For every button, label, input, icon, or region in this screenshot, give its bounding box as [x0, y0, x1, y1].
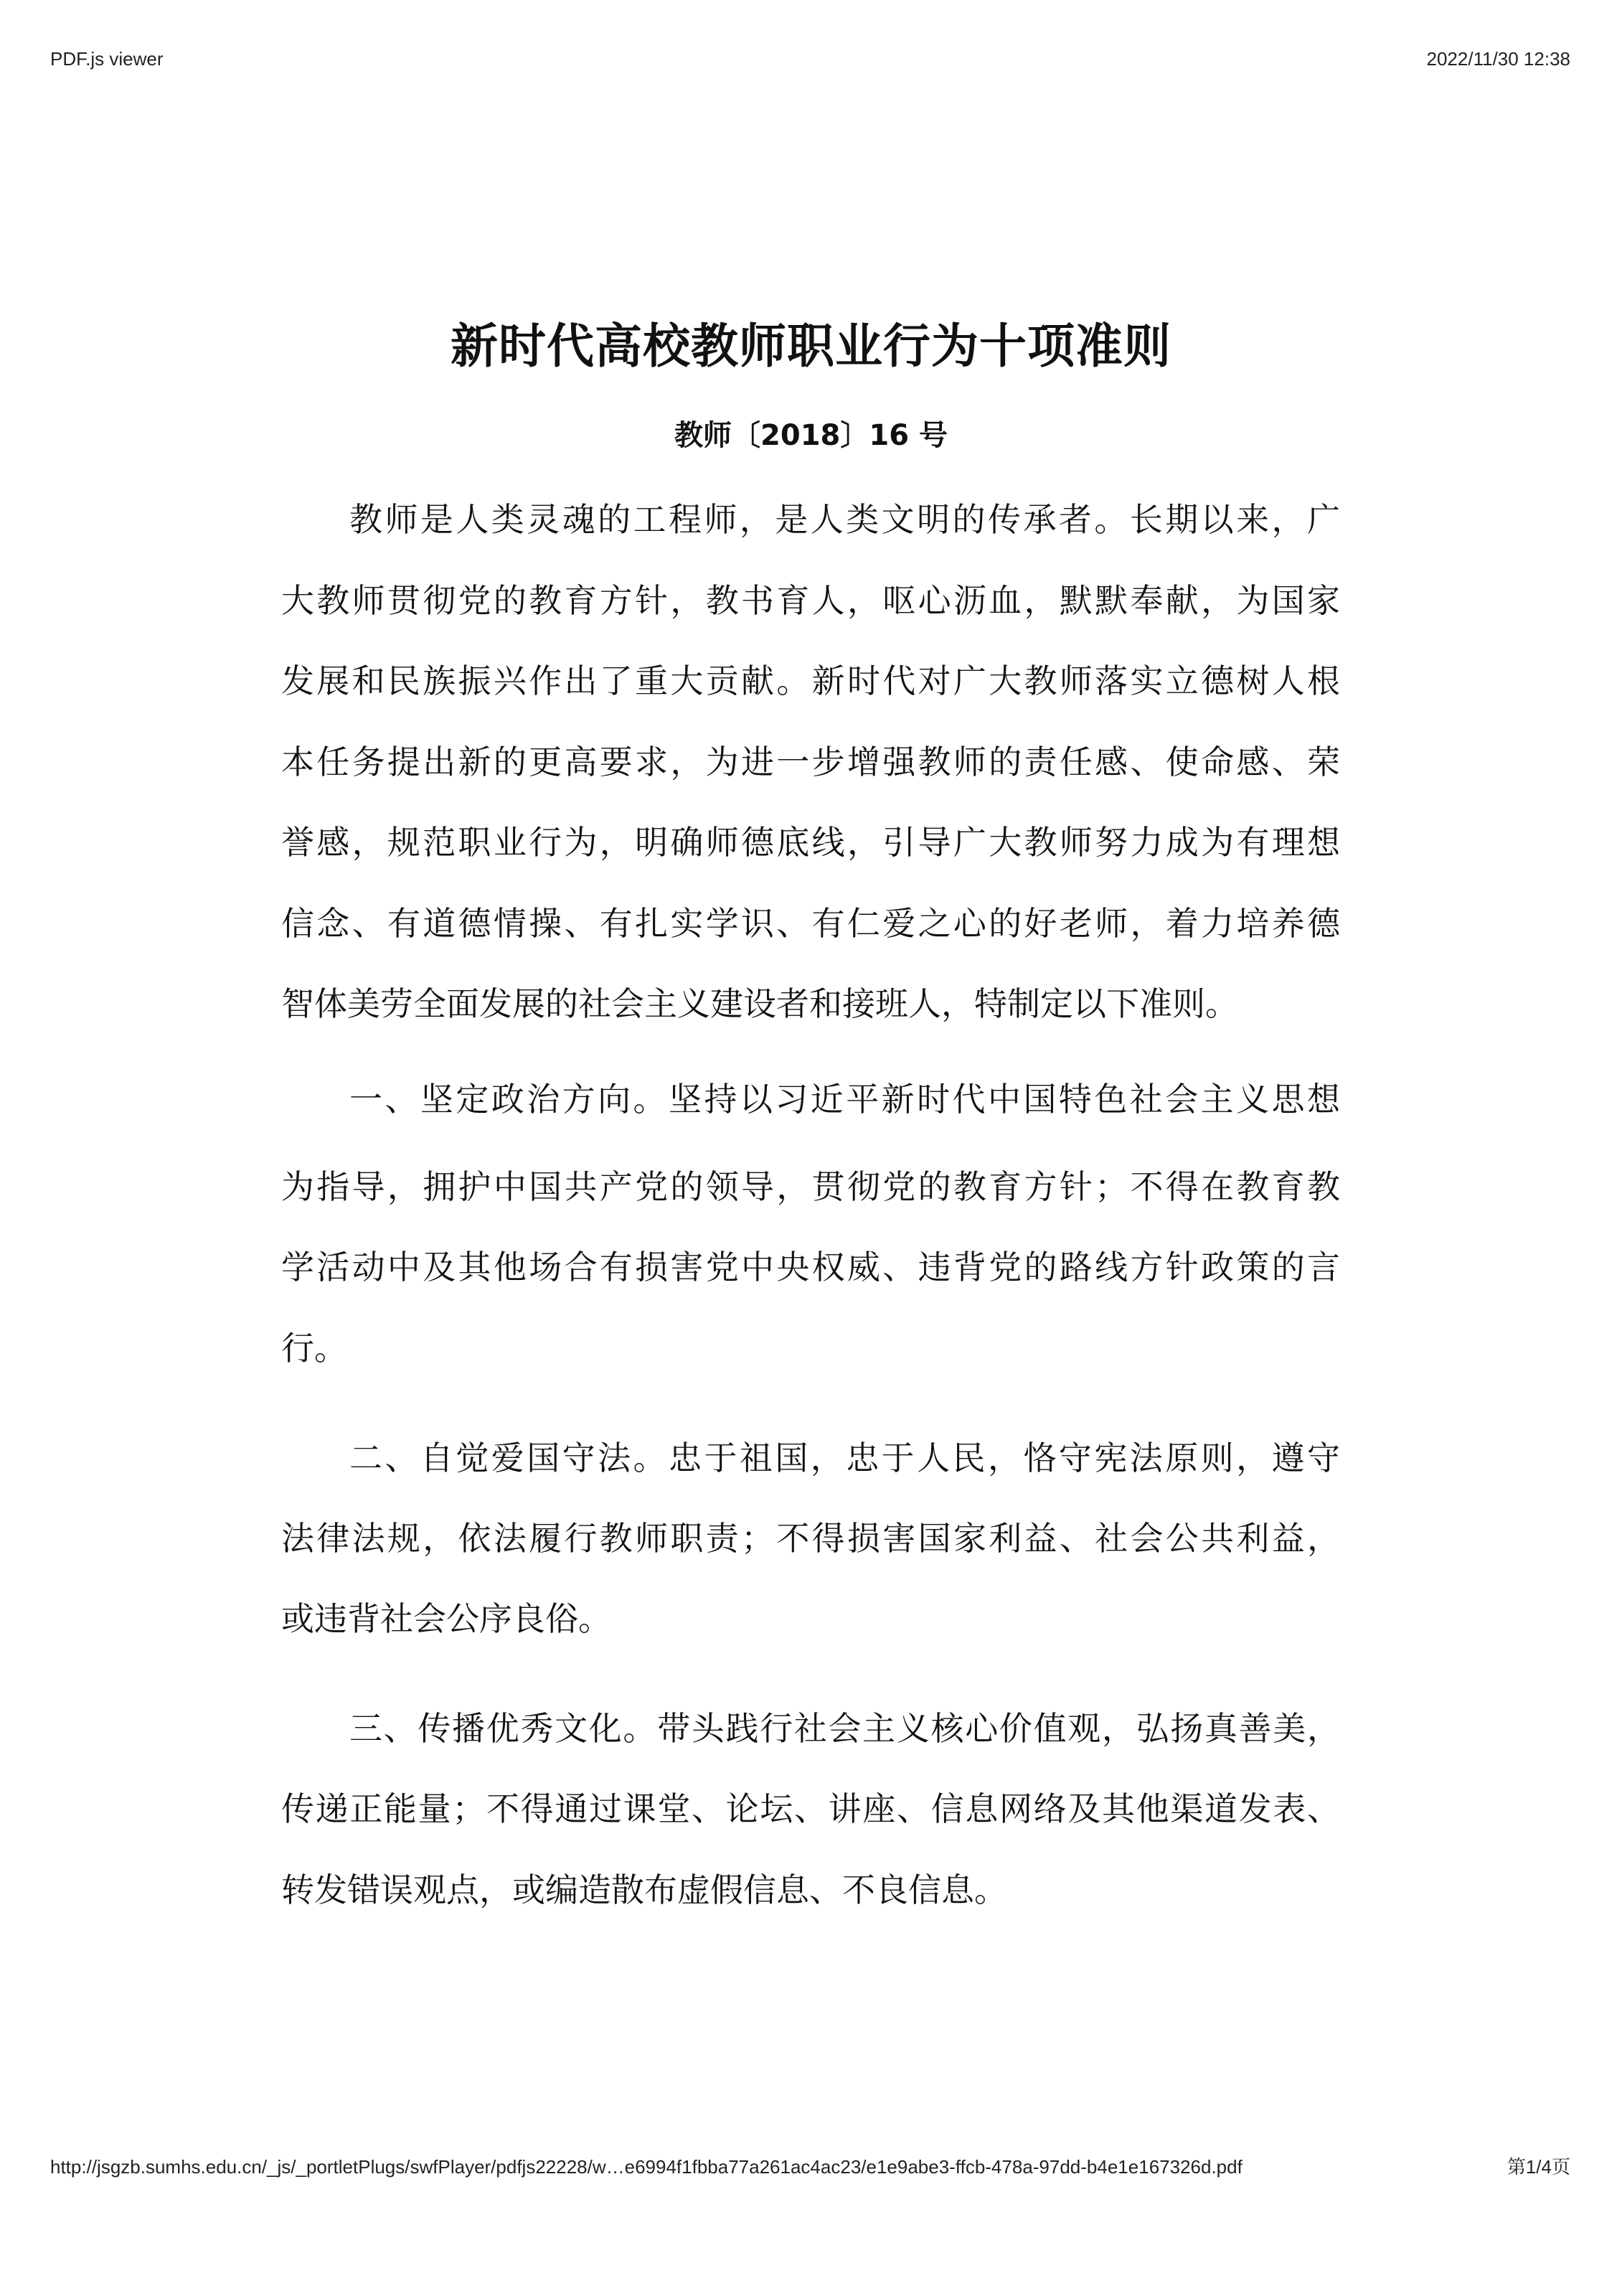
print-footer-page-indicator: 第1/4页 [1507, 2154, 1570, 2180]
paragraph-line: 转发错误观点，或编造散布虚假信息、不良信息。 [281, 1868, 1340, 1911]
paragraph-line: 信念、有道德情操、有扎实学识、有仁爱之心的好老师，着力培养德 [281, 902, 1340, 945]
paragraph-line: 法律法规，依法履行教师职责；不得损害国家利益、社会公共利益， [281, 1517, 1340, 1560]
paragraph-line: 一、坚定政治方向。坚持以习近平新时代中国特色社会主义思想 [349, 1078, 1340, 1121]
paragraph-line: 为指导，拥护中国共产党的领导，贯彻党的教育方针；不得在教育教 [281, 1165, 1340, 1208]
document-number: 教师〔2018〕16 号 [0, 416, 1622, 455]
paragraph-line: 誉感，规范职业行为，明确师德底线，引导广大教师努力成为有理想 [281, 821, 1340, 864]
paragraph-line: 大教师贯彻党的教育方针，教书育人，呕心沥血，默默奉献，为国家 [281, 579, 1340, 622]
print-header-app-title: PDF.js viewer [50, 46, 163, 72]
document-title: 新时代高校教师职业行为十项准则 [0, 316, 1622, 377]
paragraph-line: 二、自觉爱国守法。忠于祖国，忠于人民，恪守宪法原则，遵守 [349, 1436, 1340, 1479]
paragraph-line: 学活动中及其他场合有损害党中央权威、违背党的路线方针政策的言 [281, 1246, 1340, 1289]
paragraph-line: 发展和民族振兴作出了重大贡献。新时代对广大教师落实立德树人根 [281, 659, 1340, 702]
print-footer-url: http://jsgzb.sumhs.edu.cn/_js/_portletPl… [50, 2154, 1243, 2180]
paragraph-line: 传递正能量；不得通过课堂、论坛、讲座、信息网络及其他渠道发表、 [281, 1787, 1340, 1830]
paragraph-line: 行。 [281, 1327, 1340, 1370]
paragraph-line: 智体美劳全面发展的社会主义建设者和接班人，特制定以下准则。 [281, 982, 1340, 1025]
paragraph-line: 三、传播优秀文化。带头践行社会主义核心价值观，弘扬真善美， [349, 1707, 1340, 1750]
paragraph-line: 教师是人类灵魂的工程师，是人类文明的传承者。长期以来，广 [349, 498, 1340, 541]
paragraph-line: 本任务提出新的更高要求，为进一步增强教师的责任感、使命感、荣 [281, 740, 1340, 784]
paragraph-line: 或违背社会公序良俗。 [281, 1597, 1340, 1640]
print-header-datetime: 2022/11/30 12:38 [1427, 46, 1570, 72]
